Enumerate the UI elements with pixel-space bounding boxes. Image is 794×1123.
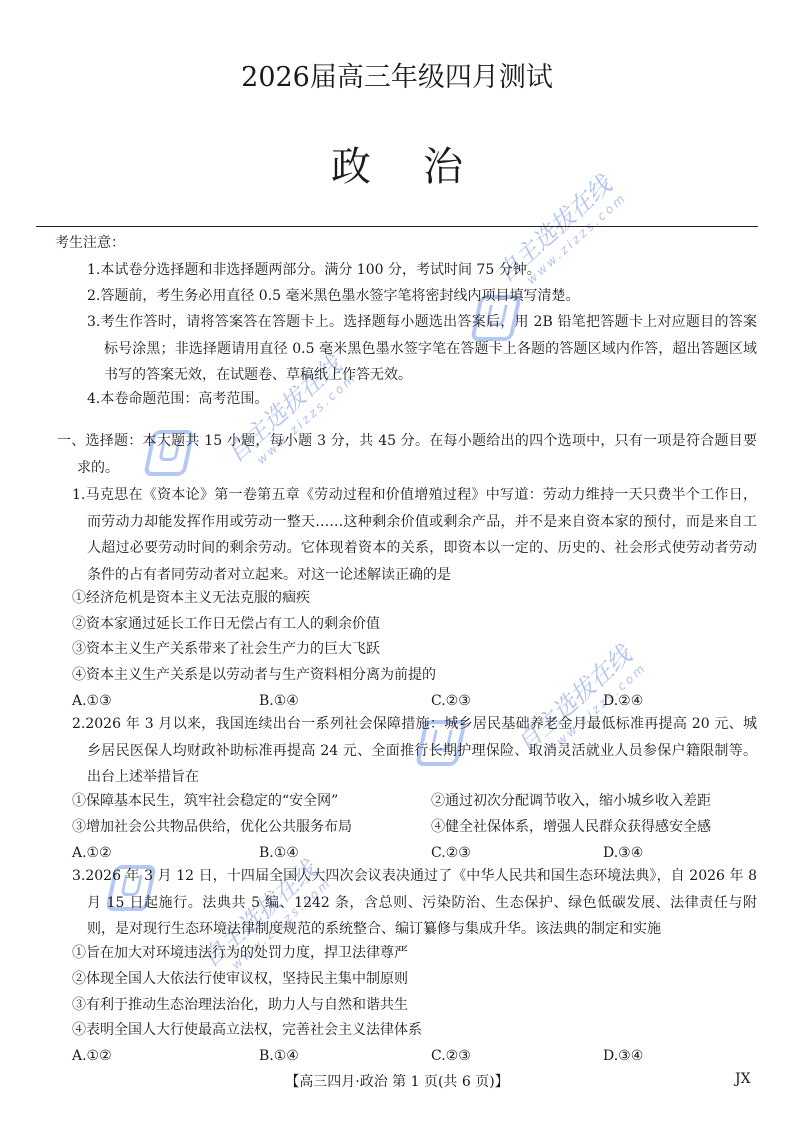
statement: ①经济危机是资本主义无法克服的痼疾: [72, 585, 310, 611]
choice-d: D.③④: [603, 1043, 643, 1069]
statement: ②资本家通过延长工作日无偿占有工人的剩余价值: [72, 611, 380, 637]
choice-b: B.①④: [259, 1043, 299, 1069]
question-stem-1: 1.马克思在《资本论》第一卷第五章《劳动过程和价值增殖过程》中写道：劳动力维持一…: [72, 482, 757, 588]
exam-title: 2026届高三年级四月测试: [0, 55, 794, 94]
notice-item: 4.本卷命题范围：高考范围。: [87, 386, 268, 412]
section-heading: 一、选择题：本大题共 15 小题，每小题 3 分，共 45 分。在每小题给出的四…: [57, 428, 757, 481]
question-stem-3: 3.2026 年 3 月 12 日，十四届全国人大四次会议表决通过了《中华人民共…: [72, 863, 757, 943]
statement: ②通过初次分配调节收入，缩小城乡收入差距: [431, 788, 711, 814]
statement: ③资本主义生产关系带来了社会生产力的巨大飞跃: [72, 636, 380, 662]
statement: ①保障基本民生，筑牢社会稳定的“安全网”: [72, 788, 338, 814]
statement: ③有利于推动生态治理法治化，助力人与自然和谐共生: [72, 992, 408, 1018]
statement: ④表明全国人大行使最高立法权，完善社会主义法律体系: [72, 1017, 422, 1043]
statement: ④健全社保体系，增强人民群众获得感安全感: [431, 814, 711, 840]
footer-code: JX: [735, 1071, 751, 1087]
notice-item: 3.考生作答时，请将答案答在答题卡上。选择题每小题选出答案后，用 2B 铅笔把答…: [87, 309, 757, 389]
statement: ④资本主义生产关系是以劳动者与生产资料相分离为前提的: [72, 662, 436, 688]
notice-item: 2.答题前，考生务必用直径 0.5 毫米黑色墨水签字笔将密封线内项目填写清楚。: [87, 283, 580, 309]
notice-item-text: 3.考生作答时，请将答案答在答题卡上。选择题每小题选出答案后，用 2B 铅笔把答…: [87, 309, 757, 389]
subject-char: 治: [423, 135, 463, 192]
exam-page: 自主选拔在线www.zizzs.com 自主选拔在线www.zizzs.com …: [0, 0, 794, 1123]
choice-c: C.②③: [431, 1043, 471, 1069]
statement: ③增加社会公共物品供给，优化公共服务布局: [72, 814, 352, 840]
header-divider: [36, 226, 758, 227]
question-stem-2: 2.2026 年 3 月以来，我国连续出台一系列社会保障措施：城乡居民基础养老金…: [72, 711, 757, 791]
notice-heading: 考生注意：: [55, 230, 125, 256]
subject-char: 政: [331, 135, 371, 192]
choice-a: A.①②: [72, 1043, 112, 1069]
statement: ①旨在加大对环境违法行为的处罚力度，捍卫法律尊严: [72, 940, 408, 966]
statement: ②体现全国人大依法行使审议权，坚持民主集中制原则: [72, 966, 408, 992]
notice-item: 1.本试卷分选择题和非选择题两部分。满分 100 分，考试时间 75 分钟。: [87, 257, 541, 283]
page-footer: 【高三四月·政治 第 1 页(共 6 页)】: [0, 1071, 794, 1091]
subject-title: 政治: [0, 135, 794, 192]
